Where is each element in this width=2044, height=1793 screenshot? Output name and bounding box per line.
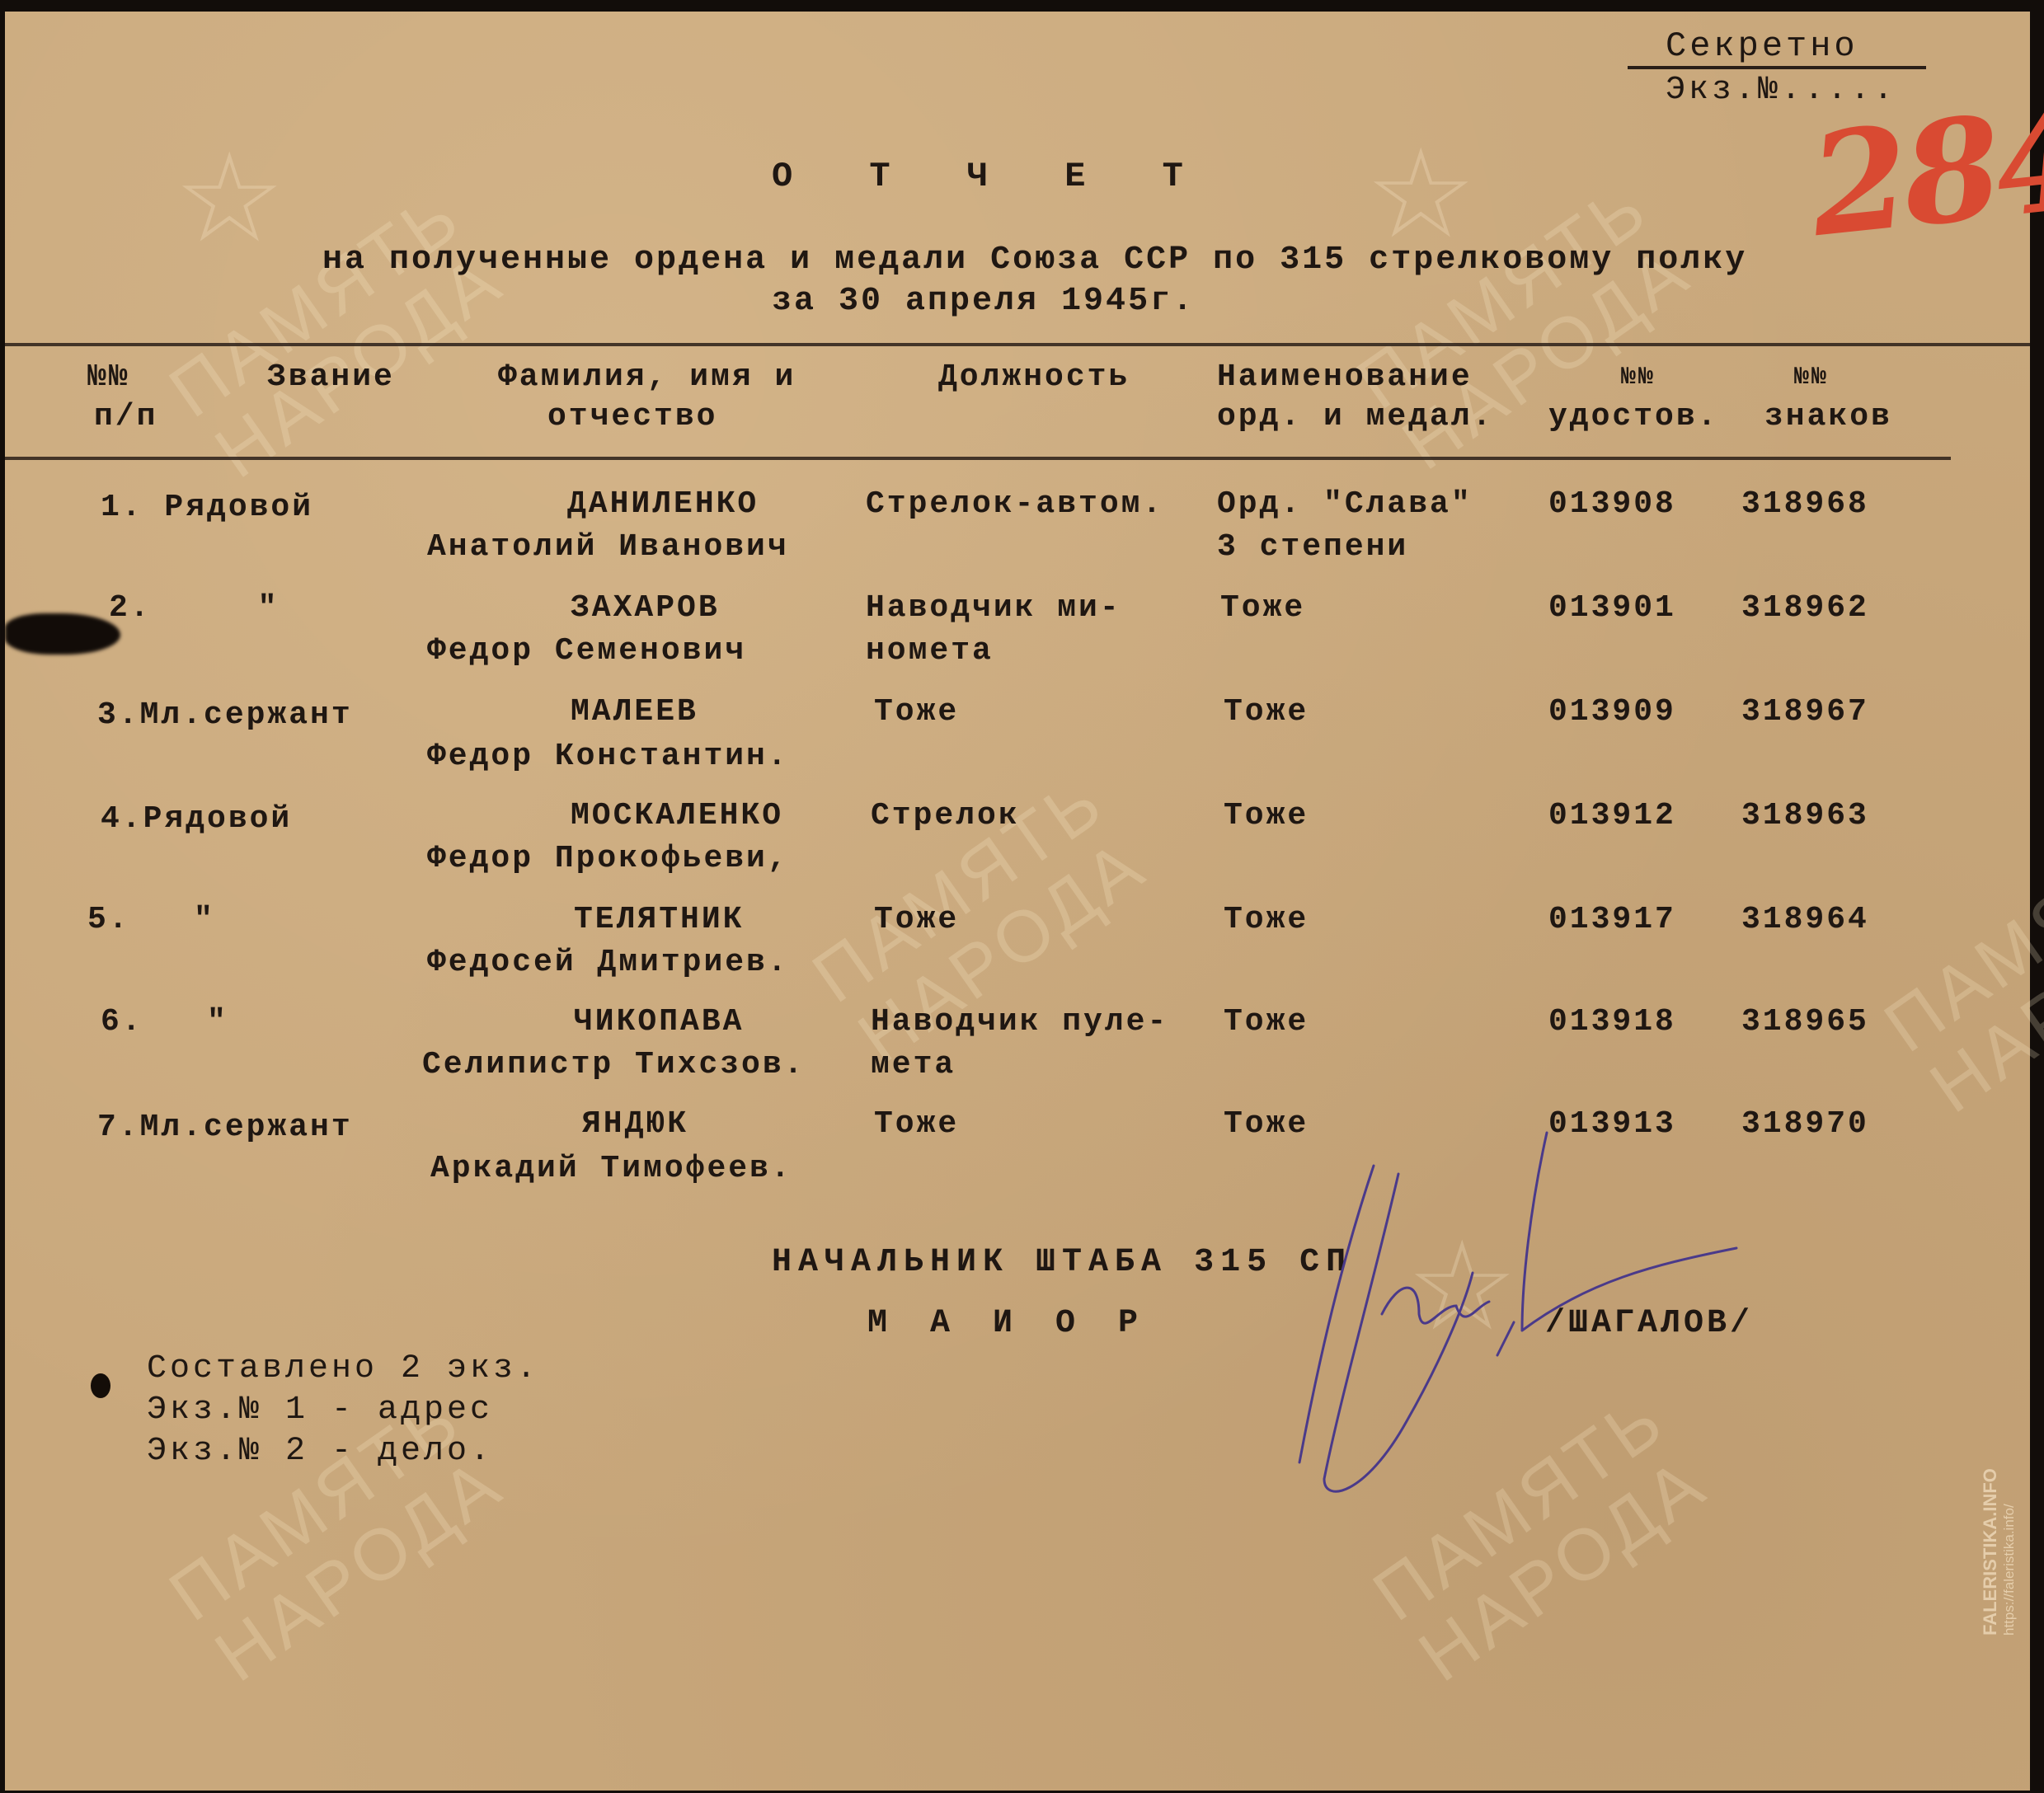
row-cert-number: 013918	[1548, 1002, 1676, 1042]
row-cert-number: 013909	[1548, 692, 1676, 732]
col-rank-header: Звание	[267, 358, 395, 397]
row-position: Тоже	[874, 1105, 959, 1144]
row-rank: 4.Рядовой	[101, 800, 292, 839]
classification-label: Секретно	[1666, 26, 1858, 66]
row-cert-number: 013912	[1548, 796, 1676, 836]
signatory-title: НАЧАЛЬНИК ШТАБА 315 СП	[772, 1243, 1352, 1283]
row-position: Стрелок-автом.	[866, 485, 1163, 524]
document-date: за 30 апреля 1945г.	[772, 282, 1195, 322]
row-cert-number: 013908	[1548, 485, 1676, 524]
row-given-name: Федор Прокофьеви,	[427, 839, 789, 879]
star-watermark-icon: ☆	[174, 127, 284, 270]
row-rank: 1. Рядовой	[101, 488, 313, 528]
document-title: О Т Ч Е Т	[772, 157, 1211, 196]
row-surname: МАЛЕЕВ	[571, 692, 698, 732]
col-name-header: Фамилия, имя и	[498, 358, 796, 397]
row-given-name: Аркадий Тимофеев.	[430, 1149, 792, 1189]
ink-smudge	[5, 613, 120, 655]
col-number-header-2: п/п	[94, 397, 157, 437]
punch-hole	[91, 1373, 110, 1398]
row-given-name: Федор Константин.	[427, 737, 789, 777]
document-subtitle: на полученные ордена и медали Союза ССР …	[322, 241, 1747, 280]
document-page: ☆ ПАМЯТЬ НАРОДА ☆ ПАМЯТЬ НАРОДА ПАМЯТЬ Н…	[5, 12, 2030, 1791]
col-name-header-2: отчество	[547, 397, 717, 437]
row-cert-number: 013917	[1548, 900, 1676, 940]
classification-underline	[1628, 66, 1926, 69]
row-surname: МОСКАЛЕНКО	[571, 796, 783, 836]
row-rank: 2. "	[109, 589, 279, 628]
row-rank: 5. "	[87, 900, 215, 940]
row-badge-number: 318965	[1741, 1002, 1869, 1042]
row-surname: ДАНИЛЕНКО	[567, 485, 759, 524]
row-given-name: Федосей Дмитриев.	[427, 943, 789, 983]
row-award: Орд. "Слава"	[1217, 485, 1473, 524]
row-given-name: Селипистр Тихсзов.	[422, 1045, 805, 1085]
row-position: Наводчик пуле-	[871, 1002, 1168, 1042]
row-position: Тоже	[874, 692, 959, 732]
table-header-rule	[5, 457, 1951, 460]
copy-1-note: Экз.№ 1 - адрес	[147, 1390, 493, 1431]
row-position-2: мета	[871, 1045, 956, 1085]
row-surname: ЯНДЮК	[582, 1105, 688, 1144]
row-badge-number: 318967	[1741, 692, 1869, 732]
row-badge-number: 318968	[1741, 485, 1869, 524]
col-position-header: Должность	[938, 358, 1130, 397]
row-rank: 3.Мл.сержант	[97, 696, 353, 735]
col-award-header: Наименование	[1217, 358, 1473, 397]
col-number-header: №№	[87, 358, 130, 397]
col-cert-header: №№	[1621, 358, 1656, 397]
row-award-2: 3 степени	[1217, 528, 1408, 567]
faleristika-watermark: FALERISTIKA.INFO https://faleristika.inf…	[1980, 1468, 2018, 1636]
row-rank: 7.Мл.сержант	[97, 1108, 353, 1148]
copy-2-note: Экз.№ 2 - дело.	[147, 1431, 493, 1472]
row-badge-number: 318962	[1741, 589, 1869, 628]
copies-note: Составлено 2 экз.	[147, 1349, 539, 1390]
row-badge-number: 318963	[1741, 796, 1869, 836]
row-award: Тоже	[1224, 900, 1309, 940]
col-cert-header-2: удостов.	[1548, 397, 1718, 437]
row-award: Тоже	[1224, 796, 1309, 836]
row-cert-number: 013901	[1548, 589, 1676, 628]
signatory-rank: М А И О Р	[867, 1304, 1149, 1344]
row-surname: ЗАХАРОВ	[571, 589, 720, 628]
row-award: Тоже	[1220, 589, 1305, 628]
handwritten-signature-icon	[1275, 1116, 1786, 1512]
col-badge-header-2: знаков	[1764, 397, 1892, 437]
row-rank: 6. "	[101, 1002, 228, 1042]
row-award: Тоже	[1224, 1002, 1309, 1042]
col-badge-header: №№	[1794, 358, 1829, 397]
table-top-rule	[5, 343, 2030, 346]
row-badge-number: 318964	[1741, 900, 1869, 940]
row-award: Тоже	[1224, 692, 1309, 732]
archive-number: 284	[1802, 76, 2044, 269]
row-given-name: Анатолий Иванович	[427, 528, 789, 567]
row-position: Стрелок	[871, 796, 1020, 836]
row-surname: ТЕЛЯТНИК	[574, 900, 744, 940]
row-position: Наводчик ми-	[866, 589, 1121, 628]
row-surname: ЧИКОПАВА	[574, 1002, 744, 1042]
row-position-2: номета	[866, 631, 994, 671]
row-position: Тоже	[874, 900, 959, 940]
row-given-name: Федор Семенович	[427, 631, 746, 671]
col-award-header-2: орд. и медал.	[1217, 397, 1493, 437]
watermark-text: ПАМЯТЬ НАРОДА	[1872, 811, 2044, 1128]
